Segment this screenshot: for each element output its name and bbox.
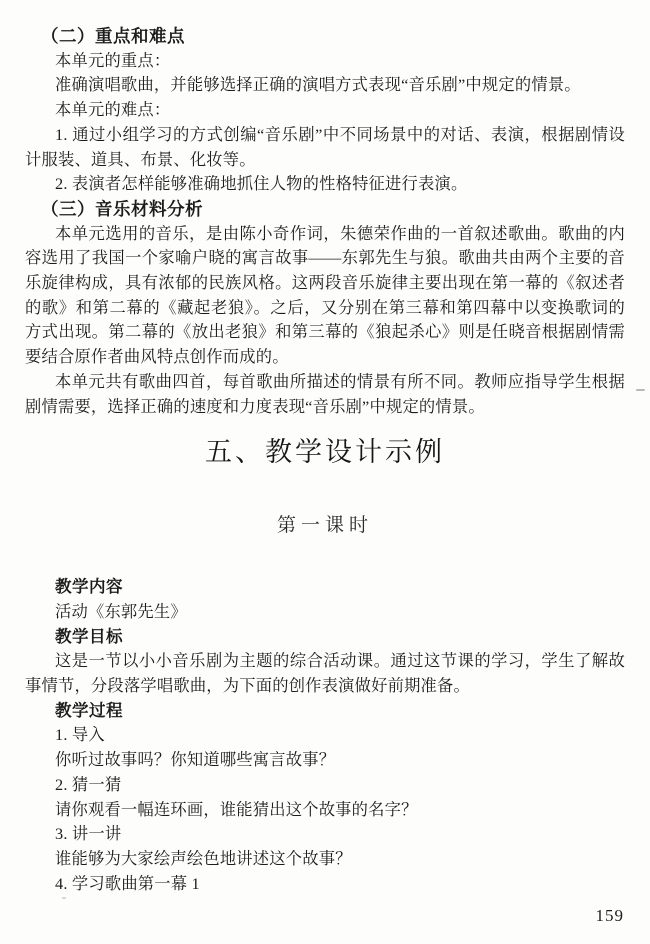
scan-speck — [636, 389, 645, 391]
para-difficulty-item-2: 2. 表演者怎样能够准确地抓住人物的性格特征进行表演。 — [25, 172, 625, 197]
heading-teaching-process: 教学过程 — [55, 699, 625, 724]
para-activity-dongguo: 活动《东郭先生》 — [25, 600, 625, 625]
scan-speck — [62, 897, 66, 899]
para-step-4-learn-song: 4. 学习歌曲第一幕 1 — [25, 872, 625, 897]
heading-section-2-key-points: （二）重点和难点 — [41, 24, 625, 49]
page-content: （二）重点和难点 本单元的重点： 准确演唱歌曲，并能够选择正确的演唱方式表现“音… — [25, 24, 625, 896]
heading-section-3-material-analysis: （三）音乐材料分析 — [41, 197, 625, 222]
heading-teaching-objectives: 教学目标 — [55, 625, 625, 650]
document-page: （二）重点和难点 本单元的重点： 准确演唱歌曲，并能够选择正确的演唱方式表现“音… — [0, 0, 650, 944]
para-objectives: 这是一节以小小音乐剧为主题的综合活动课。通过这节课的学习，学生了解故事情节，分段… — [25, 649, 625, 698]
para-step-1-intro: 1. 导入 — [25, 723, 625, 748]
para-difficulty-item-1: 1. 通过小组学习的方式创编“音乐剧”中不同场景中的对话、表演，根据剧情设计服装… — [25, 123, 625, 172]
para-step-1-question: 你听过故事吗？你知道哪些寓言故事？ — [25, 748, 625, 773]
para-unit-focus-label: 本单元的重点： — [25, 49, 625, 74]
para-unit-focus: 准确演唱歌曲，并能够选择正确的演唱方式表现“音乐剧”中规定的情景。 — [25, 73, 625, 98]
para-songs-overview: 本单元共有歌曲四首，每首歌曲所描述的情景有所不同。教师应指导学生根据剧情需要，选… — [25, 370, 625, 419]
para-unit-difficulty-label: 本单元的难点： — [25, 98, 625, 123]
page-number: 159 — [596, 906, 625, 926]
para-step-2-guess: 2. 猜一猜 — [25, 773, 625, 798]
heading-teaching-content: 教学内容 — [55, 575, 625, 600]
para-step-3-question: 谁能够为大家绘声绘色地讲述这个故事？ — [25, 847, 625, 872]
title-teaching-design-example: 五、教学设计示例 — [25, 435, 625, 469]
para-material-analysis: 本单元选用的音乐，是由陈小奇作词，朱德荣作曲的一首叙述歌曲。歌曲的内容选用了我国… — [25, 222, 625, 370]
subtitle-lesson-1: 第一课时 — [25, 513, 625, 539]
para-step-2-question: 请你观看一幅连环画，谁能猜出这个故事的名字？ — [25, 798, 625, 823]
para-step-3-tell: 3. 讲一讲 — [25, 822, 625, 847]
